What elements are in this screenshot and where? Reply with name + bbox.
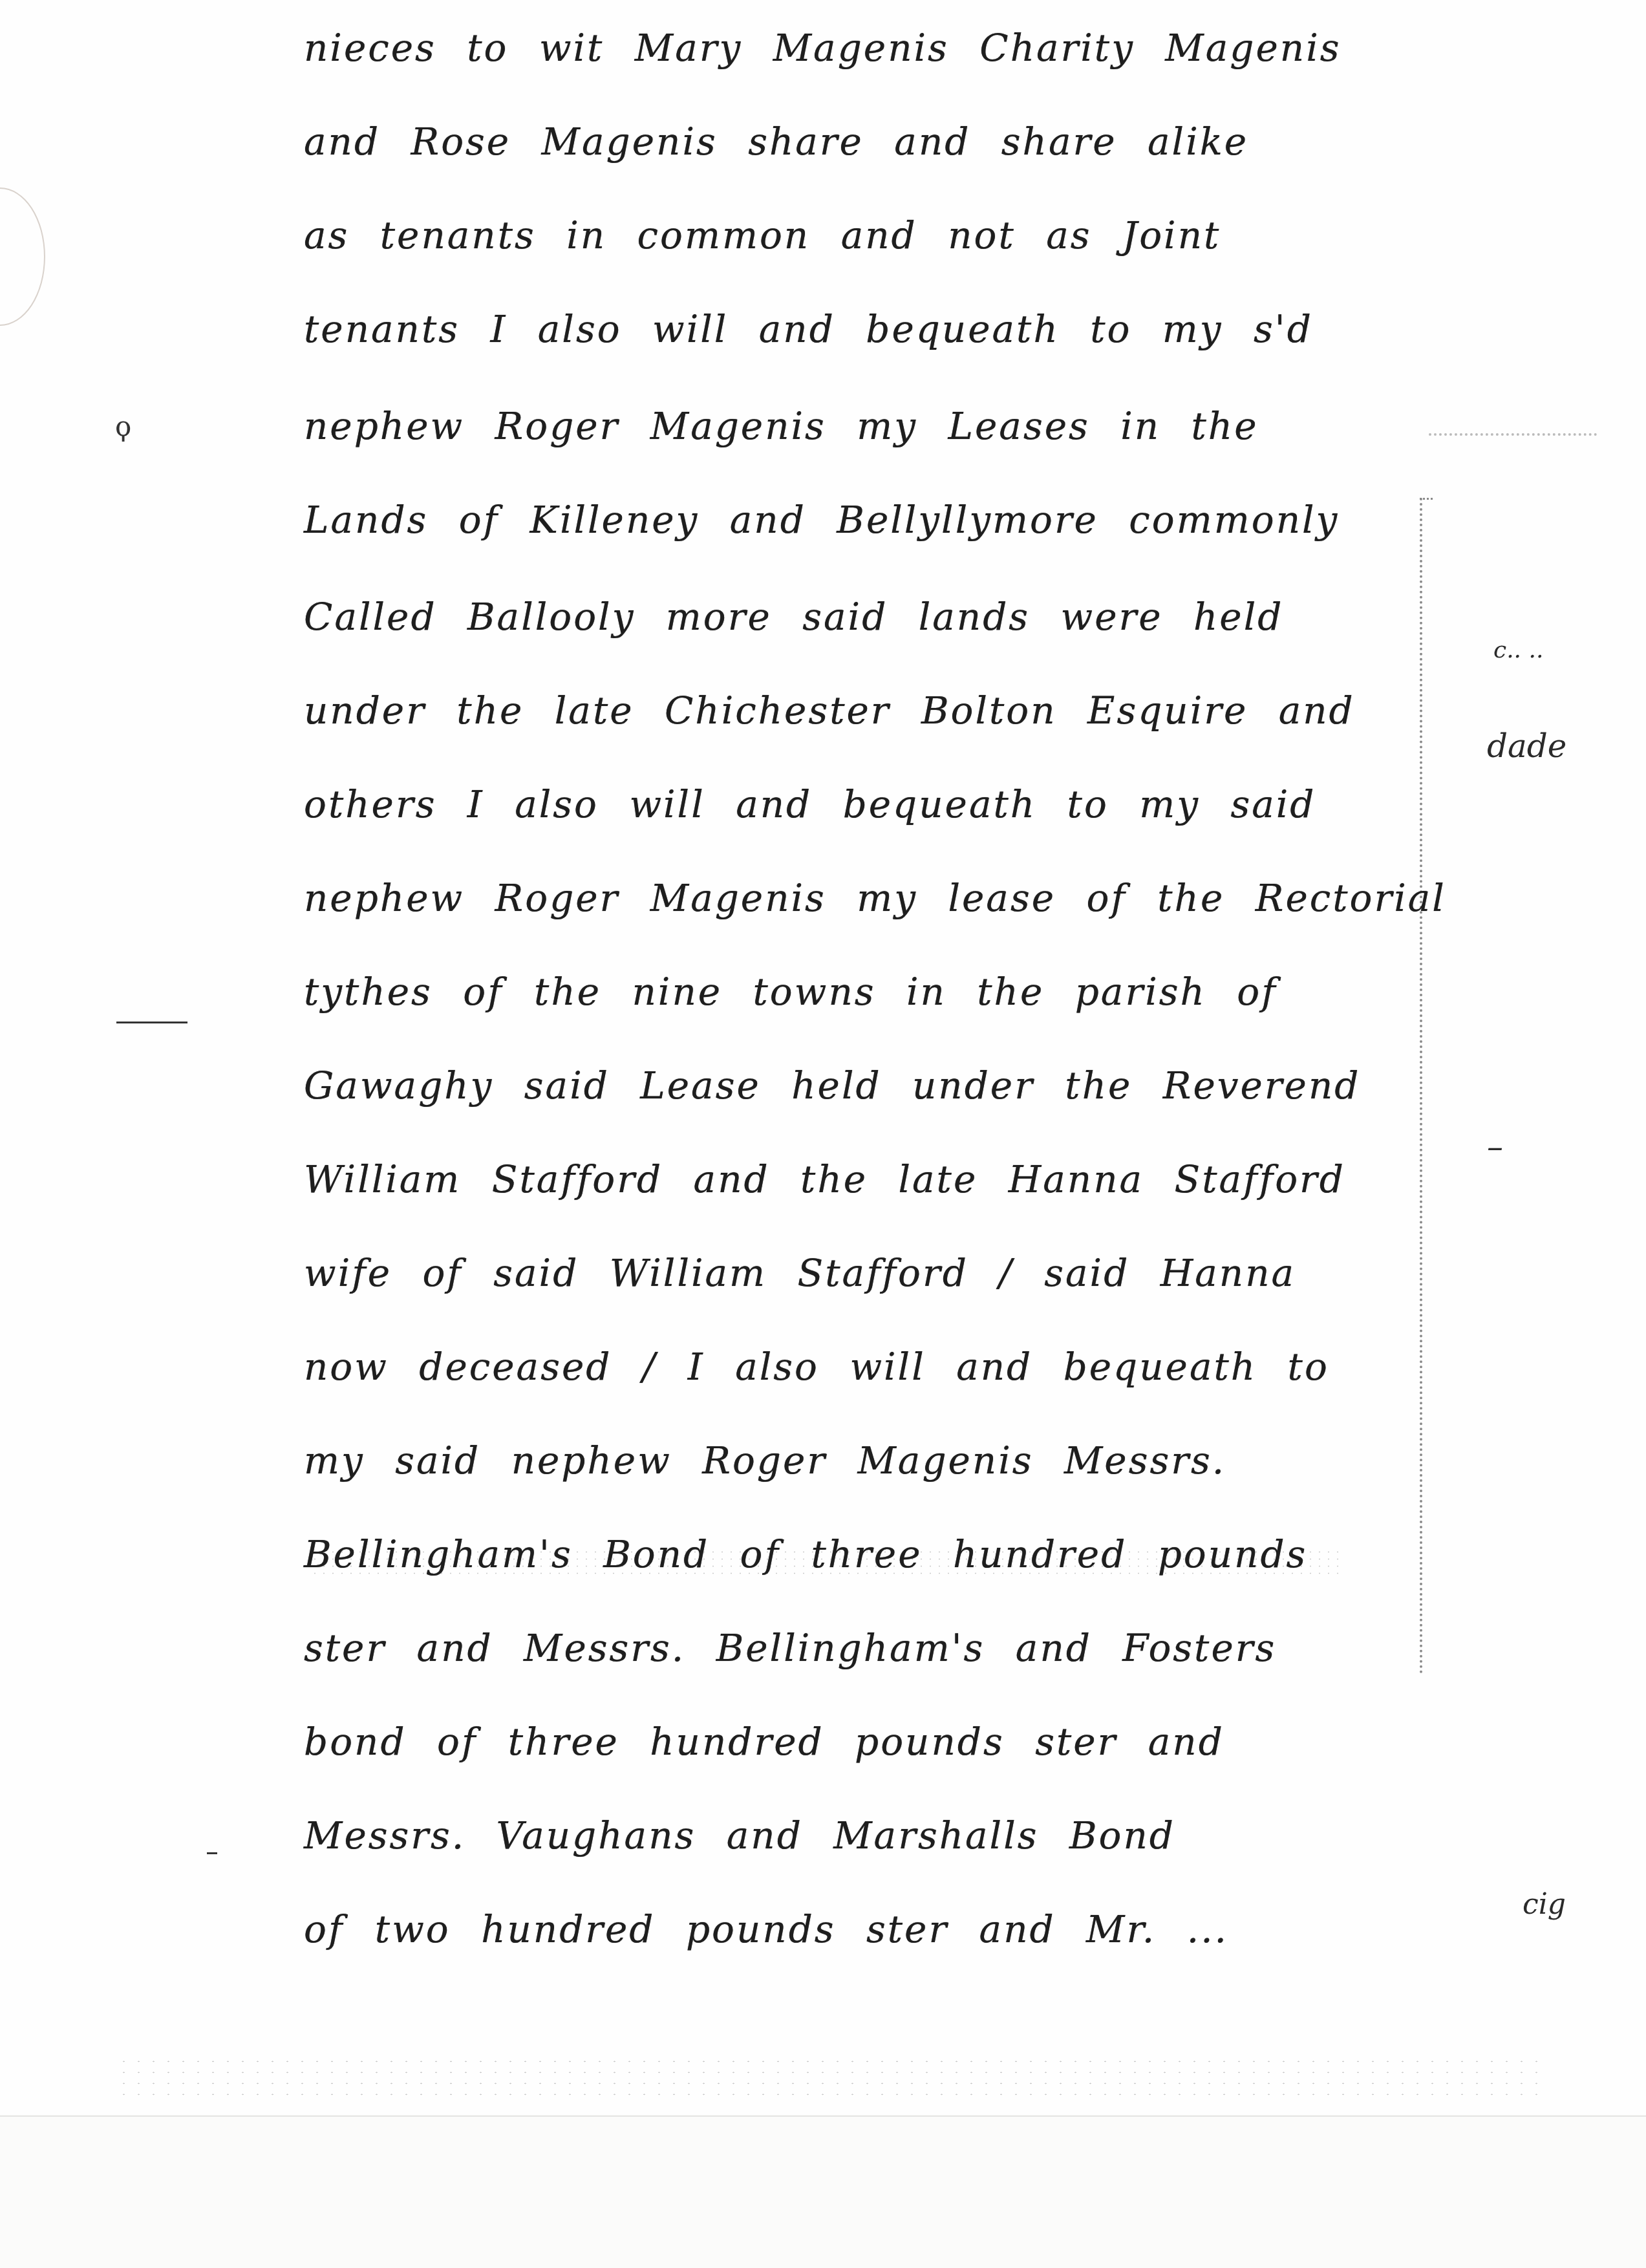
margin-mark-left-1: ϙ [115,411,131,442]
text-line-10: nephew Roger Magenis my lease of the Rec… [304,876,1403,920]
margin-note-right-1: c.. .. [1493,637,1543,663]
text-line-2: and Rose Magenis share and share alike [304,120,1403,164]
document-page: nieces to wit Mary Magenis Charity Magen… [0,0,1646,2114]
text-line-13: William Stafford and the late Hanna Staf… [304,1157,1403,1201]
text-line-21: of two hundred pounds ster and Mr. ... [304,1907,1403,1951]
text-line-6: Lands of Killeney and Bellyllymore commo… [304,498,1403,542]
text-line-16: my said nephew Roger Magenis Messrs. [304,1439,1403,1482]
text-line-3: as tenants in common and not as Joint [304,213,1403,257]
text-line-15: now deceased / I also will and bequeath … [304,1345,1403,1389]
margin-dash-left-2 [116,1022,187,1023]
scanner-bed-edge [0,2115,1646,2268]
text-line-9: others I also will and bequeath to my sa… [304,782,1403,826]
text-line-7: Called Ballooly more said lands were hel… [304,595,1403,639]
margin-note-right-3: – [1487,1128,1503,1166]
text-line-12: Gawaghy said Lease held under the Revere… [304,1064,1403,1107]
text-line-4: tenants I also will and bequeath to my s… [304,307,1403,351]
text-line-20: Messrs. Vaughans and Marshalls Bond [304,1813,1403,1857]
text-line-1: nieces to wit Mary Magenis Charity Magen… [304,26,1403,70]
text-line-8: under the late Chichester Bolton Esquire… [304,689,1403,733]
text-line-5: nephew Roger Magenis my Leases in the [304,404,1403,448]
text-line-14: wife of said William Stafford / said Han… [304,1251,1403,1295]
text-line-19: bond of three hundred pounds ster and [304,1720,1403,1764]
punch-hole-mark [0,187,45,326]
text-line-17: Bellingham's Bond of three hundred pound… [304,1532,1403,1576]
copy-noise-bottom [116,2056,1539,2101]
margin-dash-left-3 [207,1852,217,1854]
dotted-fold-line-vertical [1420,498,1422,1674]
dotted-fold-line-top [1429,433,1597,436]
margin-note-right-2: dade [1487,727,1566,765]
text-line-18: ster and Messrs. Bellingham's and Foster… [304,1626,1403,1670]
margin-note-right-4: cig [1523,1888,1566,1921]
text-line-11: tythes of the nine towns in the parish o… [304,970,1403,1014]
